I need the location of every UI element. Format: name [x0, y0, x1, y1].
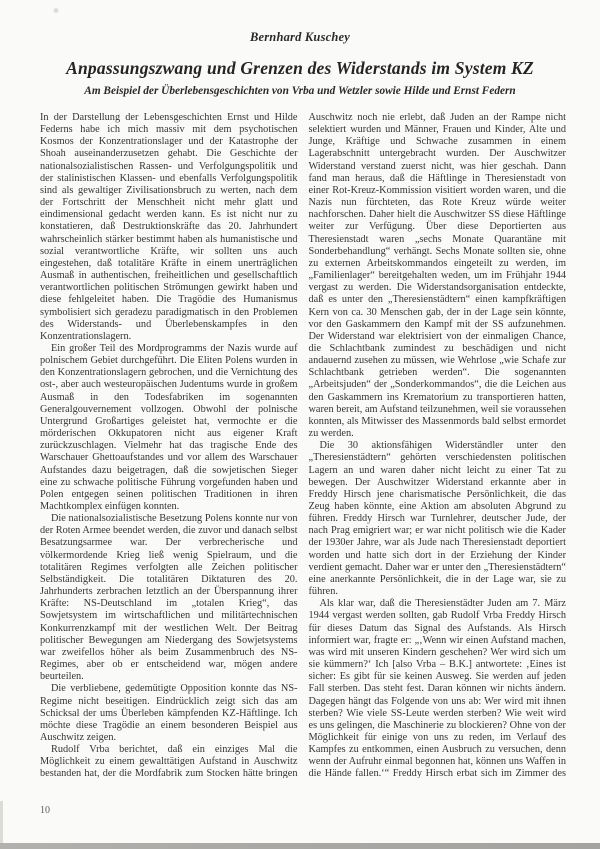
author-name: Bernhard Kuschey [0, 30, 600, 45]
paragraph-right-1: Auschwitz noch nie erlebt, daß Juden an … [309, 112, 567, 440]
article-title: Anpassungszwang und Grenzen des Widersta… [0, 58, 600, 79]
scan-artifact [53, 7, 59, 14]
page-number: 10 [40, 805, 50, 816]
paragraph-right-3: Als klar war, daß die Theresienstädter J… [309, 598, 567, 778]
paragraph-right-2: Die 30 aktionsfähigen Widerständler unte… [309, 440, 567, 598]
scan-edge-bottom [0, 843, 600, 849]
article-header: Bernhard Kuschey Anpassungszwang und Gre… [0, 0, 600, 97]
paragraph-left-2: Ein großer Teil des Mordprogramms der Na… [40, 343, 298, 513]
paragraph-left-1: In der Darstellung der Lebensgeschichten… [40, 112, 298, 343]
scan-edge-left [0, 801, 3, 843]
article-subtitle: Am Beispiel der Überlebensgeschichten vo… [0, 85, 600, 97]
two-column-body: In der Darstellung der Lebensgeschichten… [40, 112, 566, 778]
left-column: In der Darstellung der Lebensgeschichten… [40, 112, 298, 778]
paragraph-left-3: Die nationalsozialistische Besetzung Pol… [40, 513, 298, 683]
paragraph-left-4: Die verbliebene, gedemütigte Opposition … [40, 683, 298, 744]
paragraph-left-5: Rudolf Vrba berichtet, daß ein einziges … [40, 744, 298, 778]
scanned-book-page: Bernhard Kuschey Anpassungszwang und Gre… [0, 0, 600, 849]
right-column: Auschwitz noch nie erlebt, daß Juden an … [309, 112, 567, 778]
